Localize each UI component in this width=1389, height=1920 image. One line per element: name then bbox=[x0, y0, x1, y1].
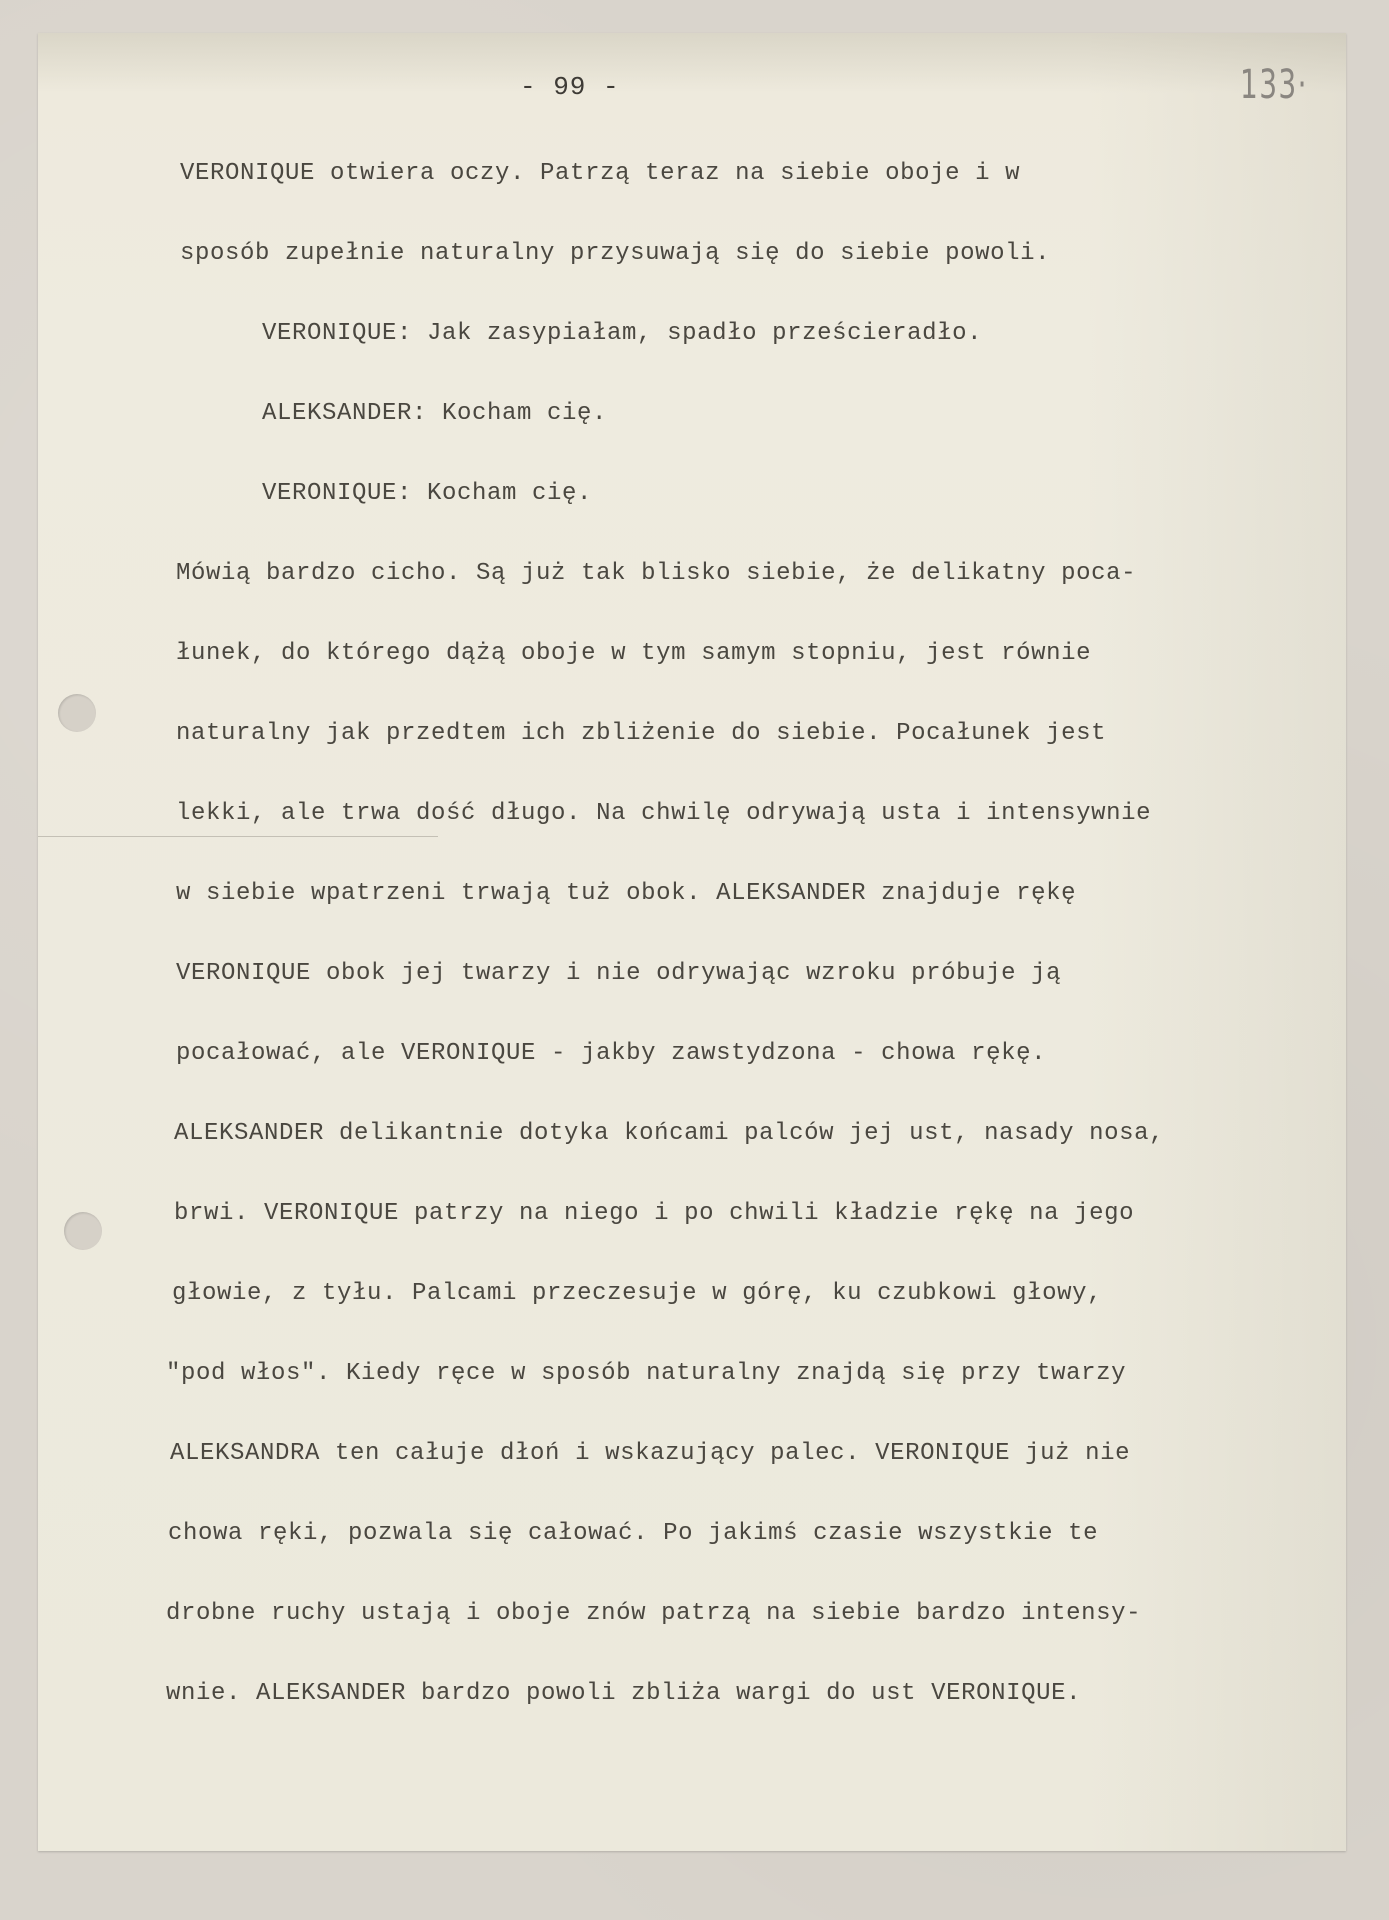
text-line: chowa ręki, pozwala się całować. Po jaki… bbox=[168, 1520, 1098, 1547]
text-line: łunek, do którego dążą oboje w tym samym… bbox=[176, 640, 1091, 667]
text-line: VERONIQUE obok jej twarzy i nie odrywają… bbox=[176, 960, 1061, 987]
text-line: Mówią bardzo cicho. Są już tak blisko si… bbox=[176, 560, 1136, 587]
dialogue-line: VERONIQUE: Kocham cię. bbox=[262, 480, 592, 507]
text-line: ALEKSANDRA ten całuje dłoń i wskazujący … bbox=[170, 1440, 1130, 1467]
fold-line bbox=[38, 836, 438, 837]
page-number: - 99 - bbox=[520, 72, 620, 102]
text-line: w siebie wpatrzeni trwają tuż obok. ALEK… bbox=[176, 880, 1076, 907]
text-line: naturalny jak przedtem ich zbliżenie do … bbox=[176, 720, 1106, 747]
punch-hole bbox=[58, 694, 96, 732]
text-line: brwi. VERONIQUE patrzy na niego i po chw… bbox=[174, 1200, 1134, 1227]
dialogue-line: VERONIQUE: Jak zasypiałam, spadło prześc… bbox=[262, 320, 982, 347]
text-line: pocałować, ale VERONIQUE - jakby zawstyd… bbox=[176, 1040, 1046, 1067]
typewritten-page bbox=[38, 33, 1346, 1851]
text-line: VERONIQUE otwiera oczy. Patrzą teraz na … bbox=[180, 160, 1020, 187]
text-line: "pod włos". Kiedy ręce w sposób naturaln… bbox=[166, 1360, 1126, 1387]
punch-hole bbox=[64, 1212, 102, 1250]
archive-number: 133· bbox=[1240, 62, 1308, 108]
text-line: drobne ruchy ustają i oboje znów patrzą … bbox=[166, 1600, 1141, 1627]
text-line: sposób zupełnie naturalny przysuwają się… bbox=[180, 240, 1050, 267]
text-line: wnie. ALEKSANDER bardzo powoli zbliża wa… bbox=[166, 1680, 1081, 1707]
dialogue-line: ALEKSANDER: Kocham cię. bbox=[262, 400, 607, 427]
text-line: ALEKSANDER delikantnie dotyka końcami pa… bbox=[174, 1120, 1164, 1147]
text-line: głowie, z tyłu. Palcami przeczesuje w gó… bbox=[172, 1280, 1102, 1307]
text-line: lekki, ale trwa dość długo. Na chwilę od… bbox=[176, 800, 1151, 827]
